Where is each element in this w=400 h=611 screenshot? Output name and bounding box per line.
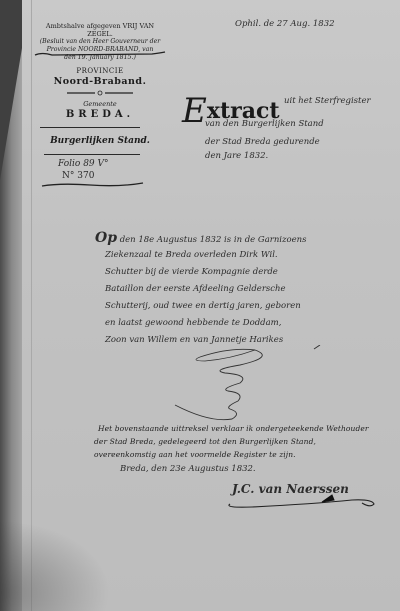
body-line-6: en laatst gewoond hebbende te Doddam, xyxy=(105,318,281,328)
stamp-line-2: (Besluit van den Heer Gouverneur der xyxy=(35,38,165,46)
body-line-3: Schutter bij de vierde Kompagnie derde xyxy=(105,267,278,277)
top-annotation: Ophil. de 27 Aug. 1832 xyxy=(235,19,335,29)
page-shadow xyxy=(0,520,110,611)
body-line-1-text: den 18e Augustus 1832 is in de Garnizoen… xyxy=(120,235,307,245)
provincie-label: PROVINCIE xyxy=(35,67,165,75)
title-initial: E xyxy=(182,91,207,131)
certification-line-1: Het bovenstaande uittreksel verklaar ik … xyxy=(98,424,369,433)
body-line-4: Bataillon der eerste Afdeeling Geldersch… xyxy=(105,284,286,294)
title-subtitle-4: den Jare 1832. xyxy=(205,151,268,161)
title-subtitle-3: der Stad Breda gedurende xyxy=(205,137,320,147)
gemeente-label: Gemeente xyxy=(35,100,165,108)
stamp-underline-flourish xyxy=(32,51,167,59)
certification-line-2: der Stad Breda, gedelegeerd tot den Burg… xyxy=(94,437,316,446)
place-date: Breda, den 23e Augustus 1832. xyxy=(120,464,256,474)
title-subtitle-1: uit het Sterfregister xyxy=(284,96,371,106)
divider-rule xyxy=(44,154,140,155)
number-underline-flourish xyxy=(40,181,145,189)
body-op: Op xyxy=(95,230,117,246)
closing-flourish xyxy=(170,345,330,425)
body-line-5: Schutterij, oud twee en dertig jaren, ge… xyxy=(105,301,301,311)
stamp-line-1: Ambtshalve afgegeven VRIJ VAN ZEGEL. xyxy=(35,22,165,38)
signature-flourish xyxy=(222,488,382,512)
record-number: N° 370 xyxy=(62,171,94,181)
certification-line-3: overeenkomstig aan het voormelde Registe… xyxy=(94,450,296,459)
divider-rule xyxy=(40,127,140,128)
body-line-1: Op den 18e Augustus 1832 is in de Garniz… xyxy=(95,230,307,246)
ornament-divider xyxy=(65,90,135,96)
body-line-2: Ziekenzaal te Breda overleden Dirk Wil. xyxy=(105,250,278,260)
department-name: Burgerlijken Stand. xyxy=(35,136,165,146)
folio-number: Folio 89 V° xyxy=(58,159,109,169)
provincie-name: Noord-Braband. xyxy=(35,76,165,87)
gemeente-name: BREDA. xyxy=(35,109,165,120)
body-line-7: Zoon van Willem en van Jannetje Harikes xyxy=(105,335,283,345)
title-subtitle-2: van den Burgerlijken Stand xyxy=(205,119,324,129)
